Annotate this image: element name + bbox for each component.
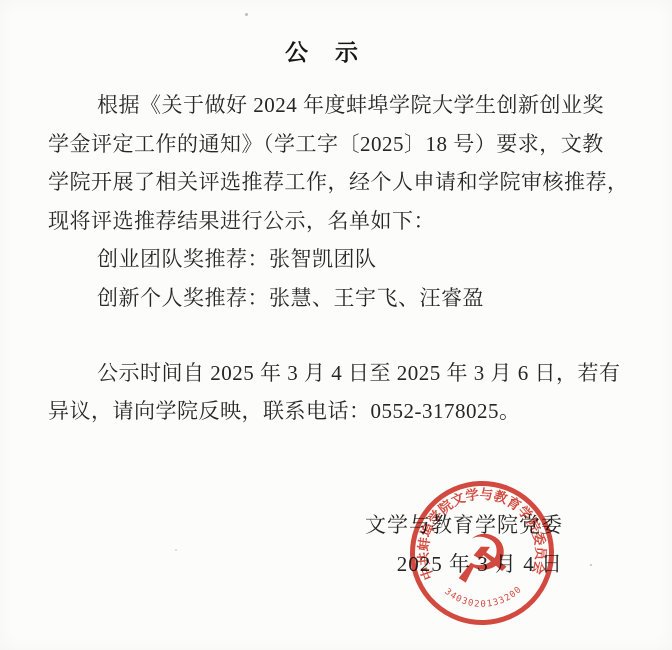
body-line-3: 学院开展了相关评选推荐工作，经个人申请和学院审核推荐， [48, 163, 608, 202]
scan-speck [590, 564, 592, 566]
body-line-team-award: 创业团队奖推荐：张智凯团队 [48, 240, 608, 279]
scan-speck [245, 13, 248, 16]
signature-org: 文学与教育学院党委 [365, 506, 563, 545]
announcement-document: 公 示 根据《关于做好 2024 年度蚌埠学院大学生创新创业奖 学金评定工作的通… [0, 0, 672, 650]
document-body: 根据《关于做好 2024 年度蚌埠学院大学生创新创业奖 学金评定工作的通知》（学… [48, 86, 608, 431]
body-line-4: 现将评选推荐结果进行公示，名单如下： [48, 202, 608, 241]
signature-date: 2025 年 3 月 4 日 [365, 545, 563, 584]
body-line-individual-award: 创新个人奖推荐：张慧、王宇飞、汪睿盈 [48, 279, 608, 318]
body-line-publicity-period: 公示时间自 2025 年 3 月 4 日至 2025 年 3 月 6 日，若有 [48, 354, 608, 393]
signature-block: 文学与教育学院党委 2025 年 3 月 4 日 [365, 506, 563, 584]
body-line-2: 学金评定工作的通知》（学工字〔2025〕18 号）要求，文教 [48, 125, 608, 164]
seal-code: 3403020133200 [442, 584, 525, 611]
body-line-contact: 异议，请向学院反映，联系电话：0552-3178025。 [48, 392, 608, 431]
document-title: 公 示 [48, 34, 597, 67]
scan-speck [175, 549, 177, 551]
body-line-1: 根据《关于做好 2024 年度蚌埠学院大学生创新创业奖 [48, 86, 608, 125]
